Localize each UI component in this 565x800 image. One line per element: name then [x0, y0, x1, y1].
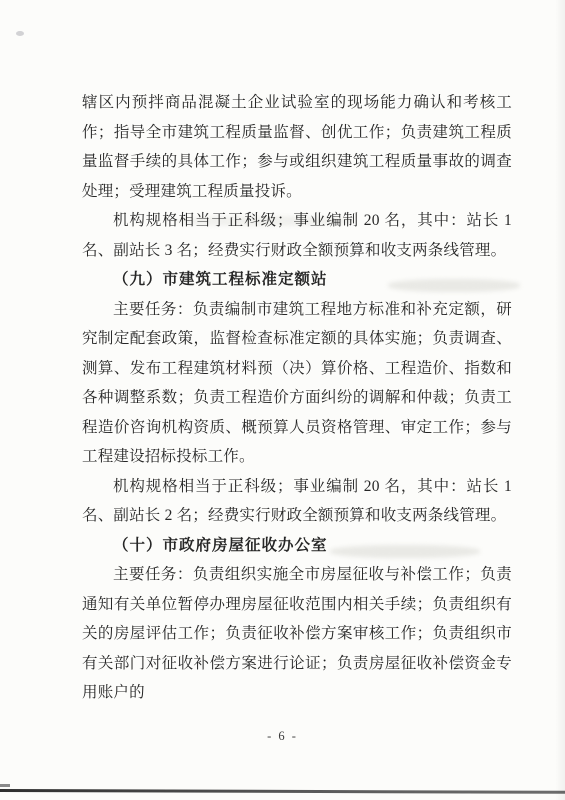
scan-bottom-edge-line: [0, 789, 565, 793]
paragraph-main-tasks-section-9: 主要任务：负责编制市建筑工程地方标准和补充定额，研究制定配套政策，监督检查标准定…: [82, 295, 512, 472]
paragraph-main-tasks-section-10: 主要任务：负责组织实施全市房屋征收与补偿工作；负责通知有关单位暂停办理房屋征收范…: [82, 560, 512, 708]
section-heading-10-housing-expropriation-office: （十）市政府房屋征收办公室: [82, 531, 512, 561]
section-heading-9-standard-quota-station: （九）市建筑工程标准定额站: [82, 265, 512, 295]
scan-right-edge-shadow: [555, 0, 565, 800]
scanned-document-page: 辖区内预拌商品混凝土企业试验室的现场能力确认和考核工作；指导全市建筑工程质量监督…: [0, 0, 565, 800]
scan-speck-artifact: [16, 31, 24, 36]
paragraph-quality-supervision-duties: 辖区内预拌商品混凝土企业试验室的现场能力确认和考核工作；指导全市建筑工程质量监督…: [82, 88, 512, 206]
scan-edge-tick-artifact: [0, 784, 10, 787]
page-number: - 6 -: [0, 729, 565, 744]
document-body: 辖区内预拌商品混凝土企业试验室的现场能力确认和考核工作；指导全市建筑工程质量监督…: [82, 88, 512, 708]
paragraph-staffing-section-9: 机构规格相当于正科级；事业编制 20 名，其中：站长 1 名、副站长 2 名；经…: [82, 472, 512, 531]
paragraph-staffing-section-8: 机构规格相当于正科级；事业编制 20 名，其中：站长 1 名、副站长 3 名；经…: [82, 206, 512, 265]
